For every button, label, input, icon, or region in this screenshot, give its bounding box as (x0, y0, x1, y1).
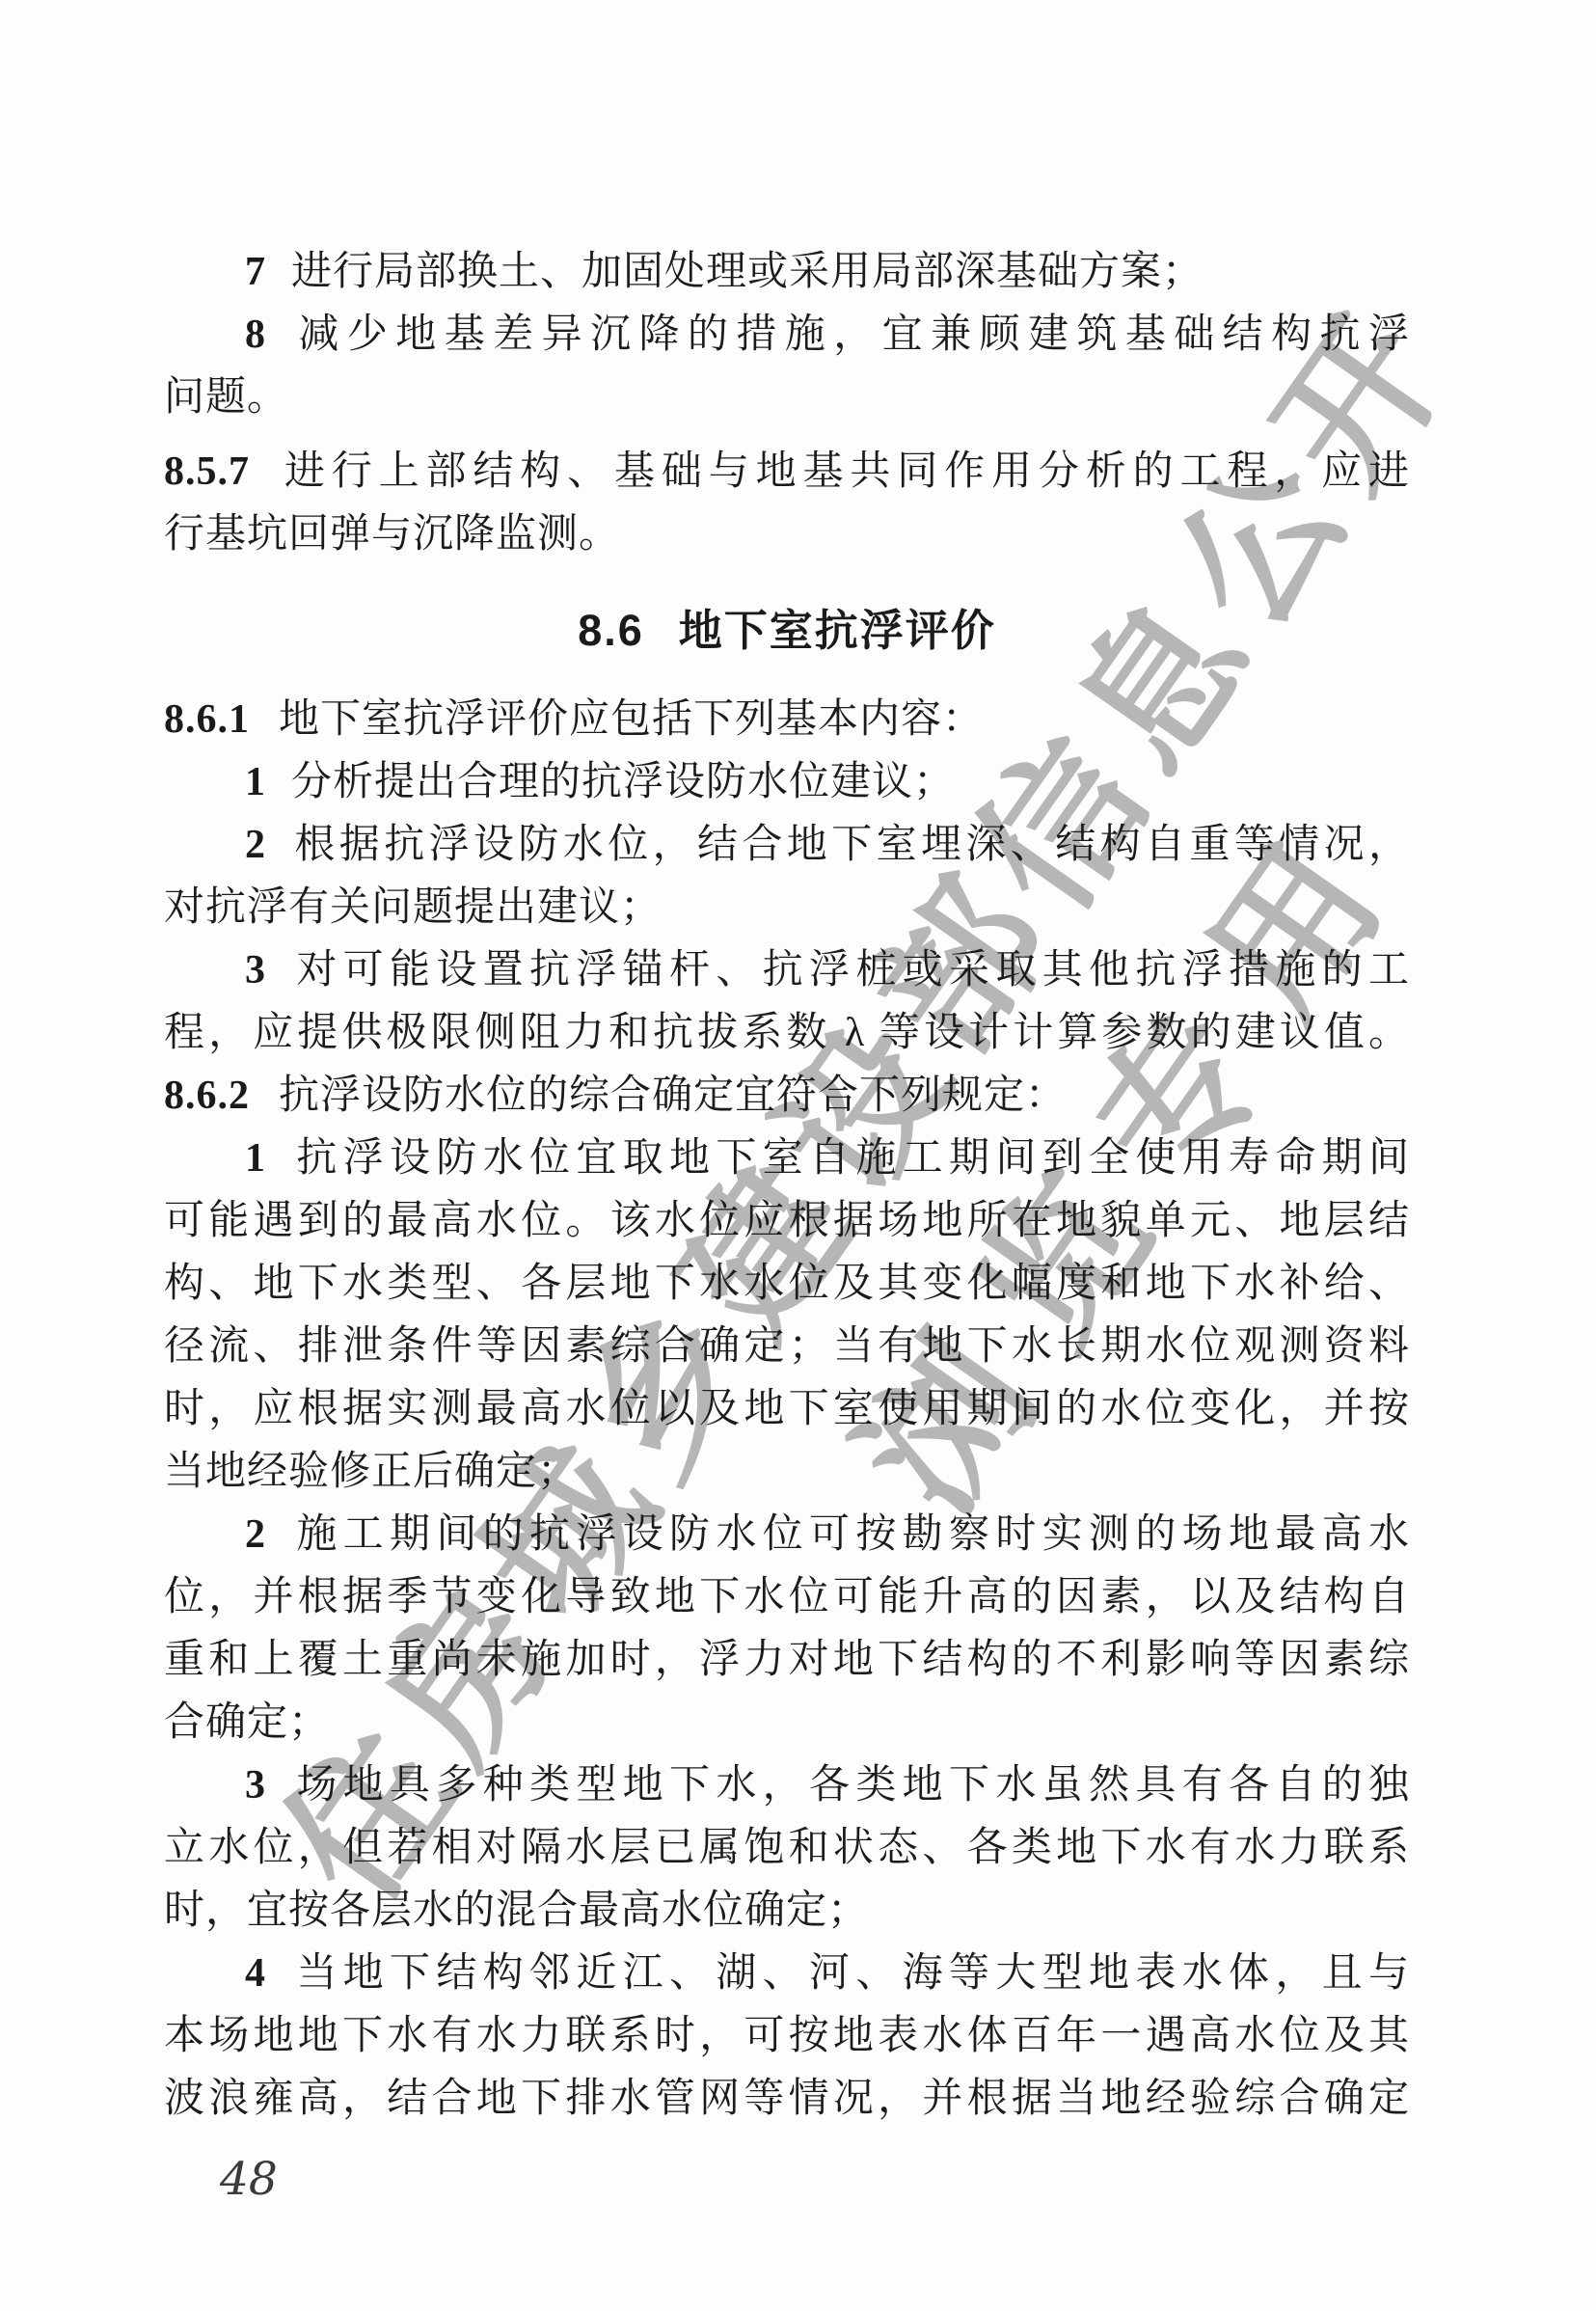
line-text: 时，应根据实测最高水位以及地下室使用期间的水位变化，并按 (164, 1387, 1410, 1431)
text-line: 时，应根据实测最高水位以及地下室使用期间的水位变化，并按 (164, 1378, 1410, 1441)
item-number: 8.6.1 (164, 697, 250, 742)
item-number: 4 (245, 1951, 266, 1996)
line-text: 抗浮设防水位宜取地下室自施工期间到全使用寿命期间 (291, 1136, 1410, 1181)
text-line: 程，应提供极限侧阻力和抗拔系数 λ 等设计计算参数的建议值。 (164, 1002, 1410, 1065)
line-text: 重和上覆土重尚未施加时，浮力对地下结构的不利影响等因素综 (164, 1638, 1410, 1682)
text-line: 问题。 (164, 367, 1410, 429)
line-text: 地下室抗浮评价应包括下列基本内容： (279, 697, 984, 742)
line-text: 构、地下水类型、各层地下水水位及其变化幅度和地下水补给、 (164, 1262, 1410, 1306)
item-number: 8 (245, 313, 266, 357)
text-line: 对抗浮有关问题提出建议； (164, 877, 1410, 939)
line-text: 进行局部换土、加固处理或采用局部深基础方案； (291, 250, 1204, 294)
text-line: 2根据抗浮设防水位，结合地下室埋深、结构自重等情况， (164, 814, 1410, 877)
item-number: 8.6.2 (164, 1074, 250, 1118)
text-line: 8.6.1地下室抗浮评价应包括下列基本内容： (164, 689, 1410, 751)
item-number: 1 (245, 760, 266, 804)
text-line: 径流、排泄条件等因素综合确定；当有地下水长期水位观测资料 (164, 1316, 1410, 1378)
line-text: 分析提出合理的抗浮设防水位建议； (291, 760, 955, 804)
text-line: 7进行局部换土、加固处理或采用局部深基础方案； (164, 241, 1410, 304)
section-heading-number: 8.6 (578, 606, 644, 655)
line-text: 抗浮设防水位的综合确定宜符合下列规定： (279, 1074, 1067, 1118)
text-line: 当地经验修正后确定； (164, 1441, 1410, 1504)
document-page: 住房城乡建设部信息公开 浏览专用 7进行局部换土、加固处理或采用局部深基础方案；… (0, 0, 1596, 2311)
line-text: 立水位，但若相对隔水层已属饱和状态、各类地下水有水力联系 (164, 1826, 1410, 1870)
text-line: 本场地地下水有水力联系时，可按地表水体百年一遇高水位及其 (164, 2005, 1410, 2068)
item-number: 1 (245, 1136, 266, 1181)
line-text: 径流、排泄条件等因素综合确定；当有地下水长期水位观测资料 (164, 1324, 1410, 1369)
text-line: 可能遇到的最高水位。该水位应根据场地所在地貌单元、地层结 (164, 1190, 1410, 1253)
line-text: 本场地地下水有水力联系时，可按地表水体百年一遇高水位及其 (164, 2014, 1410, 2058)
item-number: 2 (245, 823, 266, 867)
section-heading-title: 地下室抗浮评价 (679, 606, 996, 655)
line-text: 可能遇到的最高水位。该水位应根据场地所在地貌单元、地层结 (164, 1199, 1410, 1243)
text-line: 重和上覆土重尚未施加时，浮力对地下结构的不利影响等因素综 (164, 1629, 1410, 1692)
line-text: 时，宜按各层水的混合最高水位确定； (164, 1889, 869, 1933)
text-line: 时，宜按各层水的混合最高水位确定； (164, 1880, 1410, 1943)
text-line: 2施工期间的抗浮设防水位可按勘察时实测的场地最高水 (164, 1504, 1410, 1566)
line-text: 行基坑回弹与沉降监测。 (164, 512, 620, 557)
line-text: 问题。 (164, 375, 288, 420)
line-text: 波浪雍高，结合地下排水管网等情况，并根据当地经验综合确定 (164, 2077, 1410, 2121)
item-number: 2 (245, 1512, 266, 1557)
line-text: 减少地基差异沉降的措施，宜兼顾建筑基础结构抗浮 (291, 313, 1410, 357)
text-line: 波浪雍高，结合地下排水管网等情况，并根据当地经验综合确定 (164, 2068, 1410, 2131)
line-text: 场地具多种类型地下水，各类地下水虽然具有各自的独 (291, 1763, 1410, 1808)
text-line: 行基坑回弹与沉降监测。 (164, 503, 1410, 566)
item-number: 7 (245, 250, 266, 294)
text-line: 合确定； (164, 1692, 1410, 1754)
line-text: 合确定； (164, 1700, 330, 1745)
document-content: 7进行局部换土、加固处理或采用局部深基础方案；8减少地基差异沉降的措施，宜兼顾建… (164, 241, 1410, 2131)
text-line: 立水位，但若相对隔水层已属饱和状态、各类地下水有水力联系 (164, 1817, 1410, 1880)
text-line: 8.6.2抗浮设防水位的综合确定宜符合下列规定： (164, 1065, 1410, 1128)
line-text: 对抗浮有关问题提出建议； (164, 885, 662, 930)
text-line: 8减少地基差异沉降的措施，宜兼顾建筑基础结构抗浮 (164, 304, 1410, 367)
line-text: 对可能设置抗浮锚杆、抗浮桩或采取其他抗浮措施的工 (291, 948, 1410, 992)
line-text: 位，并根据季节变化导致地下水位可能升高的因素，以及结构自 (164, 1575, 1410, 1619)
page-number: 48 (220, 2153, 278, 2206)
item-number: 3 (245, 1763, 266, 1808)
line-text: 当地经验修正后确定； (164, 1450, 579, 1494)
line-text: 进行上部结构、基础与地基共同作用分析的工程，应进 (279, 449, 1410, 494)
line-text: 根据抗浮设防水位，结合地下室埋深、结构自重等情况， (291, 823, 1410, 867)
item-number: 3 (245, 948, 266, 992)
text-line: 1分析提出合理的抗浮设防水位建议； (164, 751, 1410, 814)
text-line: 位，并根据季节变化导致地下水位可能升高的因素，以及结构自 (164, 1566, 1410, 1629)
text-line: 4当地下结构邻近江、湖、河、海等大型地表水体，且与 (164, 1943, 1410, 2005)
line-text: 程，应提供极限侧阻力和抗拔系数 λ 等设计计算参数的建议值。 (164, 1011, 1410, 1055)
section-heading: 8.6地下室抗浮评价 (164, 599, 1410, 662)
text-line: 8.5.7进行上部结构、基础与地基共同作用分析的工程，应进 (164, 441, 1410, 503)
item-number: 8.5.7 (164, 449, 250, 494)
line-text: 施工期间的抗浮设防水位可按勘察时实测的场地最高水 (291, 1512, 1410, 1557)
line-text: 当地下结构邻近江、湖、河、海等大型地表水体，且与 (291, 1951, 1410, 1996)
text-line: 构、地下水类型、各层地下水水位及其变化幅度和地下水补给、 (164, 1253, 1410, 1316)
text-line: 1抗浮设防水位宜取地下室自施工期间到全使用寿命期间 (164, 1128, 1410, 1190)
text-line: 3对可能设置抗浮锚杆、抗浮桩或采取其他抗浮措施的工 (164, 939, 1410, 1002)
text-line: 3场地具多种类型地下水，各类地下水虽然具有各自的独 (164, 1754, 1410, 1817)
